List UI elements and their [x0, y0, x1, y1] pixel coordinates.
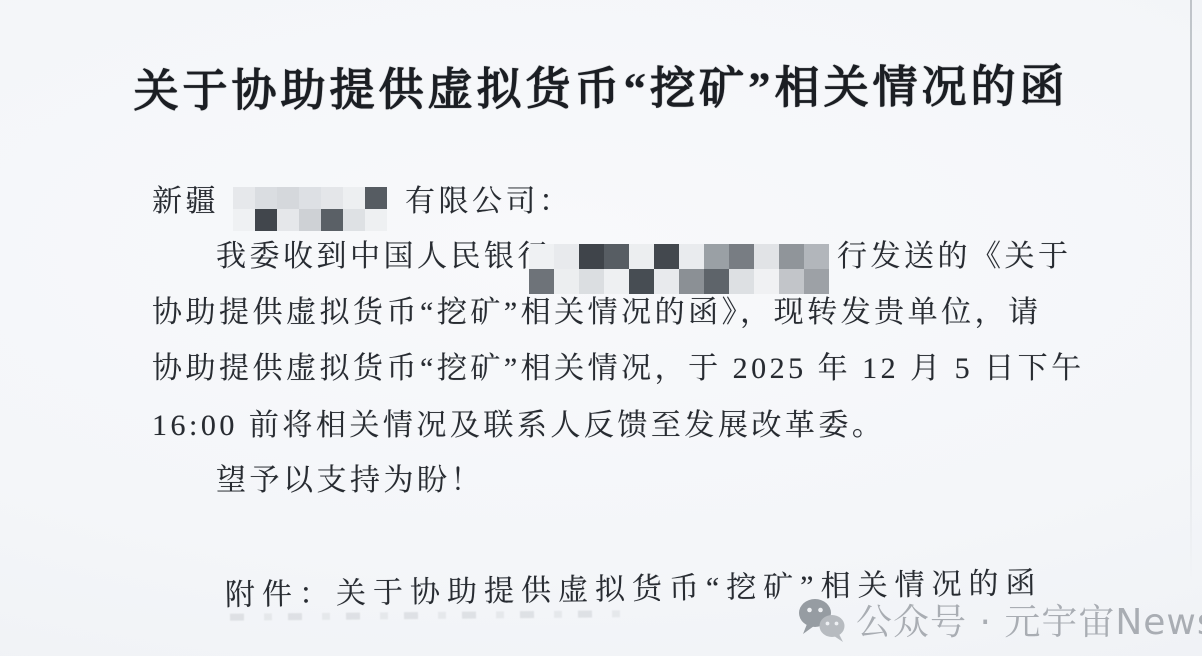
body-line-2: 协助提供虚拟货币“挖矿”相关情况的函》，现转发贵单位，请	[152, 294, 1042, 332]
closing-line: 望予以支持为盼！	[216, 462, 484, 500]
paper-edge-line	[1190, 0, 1192, 580]
recipient-company-suffix: 有限公司：	[405, 185, 573, 218]
recipient-line: 新疆有限公司：	[152, 183, 573, 231]
redaction-mosaic-company-name	[233, 187, 387, 231]
scanned-official-letter: 关于协助提供虚拟货币“挖矿”相关情况的函 新疆有限公司： 我委收到中国人民银行行…	[0, 0, 1202, 656]
watermark: 公众号 · 元宇宙News	[798, 594, 1202, 645]
body-line-1-suffix: 行发送的《关于	[837, 240, 1072, 273]
document-title: 关于协助提供虚拟货币“挖矿”相关情况的函	[0, 49, 1202, 120]
watermark-text: 公众号 · 元宇宙News	[856, 594, 1202, 645]
body-line-1: 我委收到中国人民银行行发送的《关于	[216, 238, 1072, 294]
recipient-region: 新疆	[152, 185, 219, 218]
redaction-mosaic-bank-branch	[529, 244, 829, 294]
body-line-3: 协助提供虚拟货币“挖矿”相关情况，于 2025 年 12 月 5 日下午	[152, 350, 1085, 388]
body-line-1-prefix: 我委收到中国人民银行	[216, 240, 551, 273]
body-line-4: 16:00 前将相关情况及联系人反馈至发展改革委。	[152, 407, 885, 445]
wechat-icon	[798, 597, 846, 643]
